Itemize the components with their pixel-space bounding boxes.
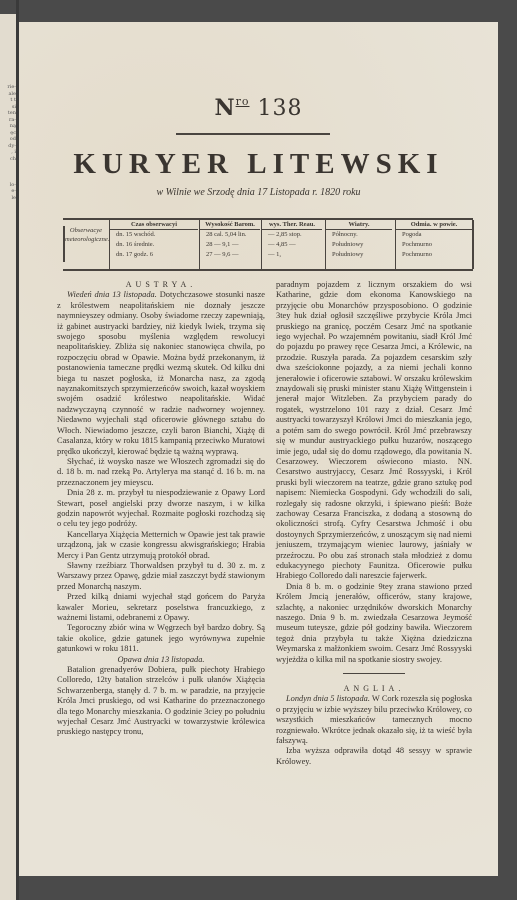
- paragraph: Wiedeń dnia 13 listopada. Dotychczasowe …: [57, 290, 265, 457]
- paragraph: Londyn dnia 5 listopada. W Cork rozeszła…: [276, 694, 472, 746]
- weather-table-label: Obserwacye meteorologiczne.: [63, 226, 107, 262]
- paragraph: Izba wyższa odprawiła dotąd 48 sessyy w …: [276, 746, 472, 767]
- weather-column-barometer: Wysokość Barom. 28 cal. 5,04 lin. 28 — 9…: [199, 220, 260, 269]
- number-sign: N: [215, 95, 236, 121]
- section-separator: [343, 673, 405, 674]
- dateline-london: Londyn dnia 5 listopada.: [286, 694, 370, 703]
- previous-page-edge: rie-alet tsitenra-nąęcoddy-, ichlo-e-le: [0, 14, 17, 900]
- section-heading-austria: AUSTRYA.: [57, 280, 265, 290]
- weather-column-time: Czas obserwacyi dn. 15 wschód. dn. 16 śr…: [109, 220, 198, 269]
- dateline-opava: Opawa dnia 13 listopada.: [57, 655, 265, 665]
- right-article-column: paradnym pojazdem z licznym orszakiem do…: [276, 280, 472, 767]
- masthead-rule: [176, 133, 330, 135]
- weather-column-conditions: Odmia. w powie. Pogoda Pochmurno Pochmur…: [395, 220, 474, 269]
- issue-number-value: 138: [258, 96, 303, 121]
- number-sign-suffix: ro: [236, 95, 250, 108]
- paragraph: Dnia 28 z. m. przybył tu niespodziewanie…: [57, 488, 265, 530]
- paragraph: Przed kilką dniami wyjechał stąd gońcem …: [57, 592, 265, 623]
- paragraph: paradnym pojazdem z licznym orszakiem do…: [276, 280, 472, 582]
- weather-observations-table: Obserwacye meteorologiczne. Czas obserwa…: [63, 218, 473, 271]
- paragraph: Tegoroczny zbiór wina w Węgrzech był bar…: [57, 623, 265, 654]
- dateline: w Wilnie we Srzodę dnia 17 Listopada r. …: [0, 187, 517, 198]
- paragraph: Sławny rzeźbiarz Thorwaldsen przybył tu …: [57, 561, 265, 592]
- weather-column-thermometer: wys. Ther. Reau. — 2,85 stop. — 4,85 — —…: [261, 220, 322, 269]
- dateline-vienna: Wiedeń dnia 13 listopada.: [67, 290, 157, 299]
- weather-column-winds: Wiatry. Północny. Południowy Południowy: [325, 220, 392, 269]
- paragraph: Dnia 8 b. m. o godzinie 9tey zrana stawi…: [276, 582, 472, 665]
- newspaper-title: KURYER LITEWSKI: [0, 148, 517, 181]
- issue-number: Nro 138: [0, 95, 517, 121]
- paragraph: Słychać, iż woysko nasze we Włoszech zgr…: [57, 457, 265, 488]
- paragraph: Batalion grenadyerów Dobiera, pułk piech…: [57, 665, 265, 738]
- left-article-column: AUSTRYA. Wiedeń dnia 13 listopada. Dotyc…: [57, 280, 265, 738]
- paragraph: Kancellarya Xiążęcia Metternich w Opawie…: [57, 530, 265, 561]
- section-heading-england: ANGLIA.: [276, 684, 472, 694]
